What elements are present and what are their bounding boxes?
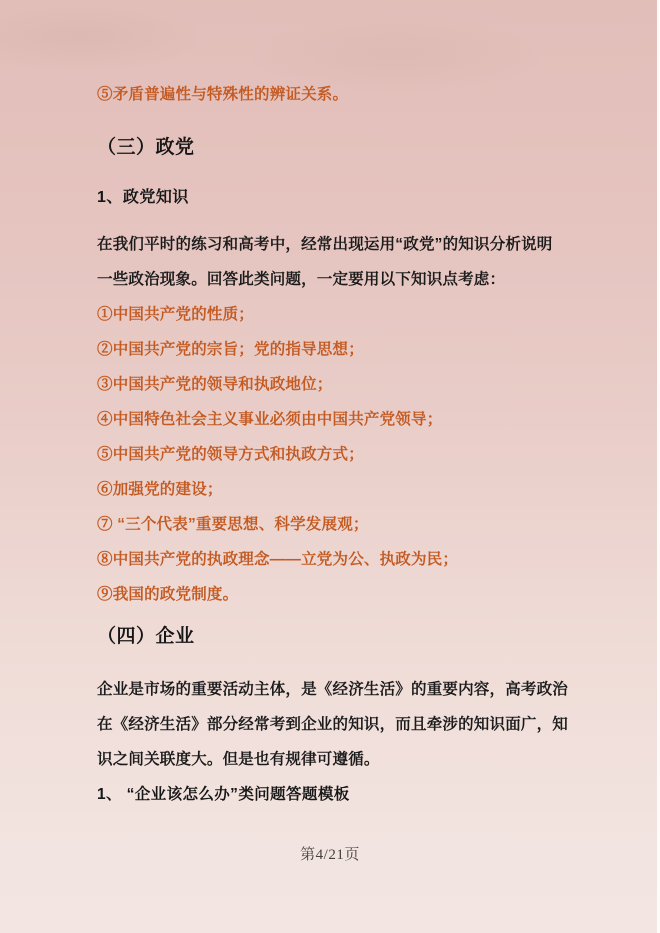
- paragraph-line: 在我们平时的练习和高考中，经常出现运用“政党”的知识分析说明: [97, 227, 577, 262]
- party-knowledge-point-list: ①中国共产党的性质； ②中国共产党的宗旨；党的指导思想； ③中国共产党的领导和执…: [97, 297, 577, 612]
- page-number: 第4/21页: [0, 843, 660, 864]
- paragraph-line: 企业是市场的重要活动主体，是《经济生活》的重要内容，高考政治: [97, 672, 577, 707]
- paragraph-line: 在《经济生活》部分经常考到企业的知识，而且牵涉的知识面广，知: [97, 707, 577, 742]
- paragraph-line: 一些政治现象。回答此类问题，一定要用以下知识点考虑：: [97, 262, 577, 297]
- document-content: ⑤矛盾普遍性与特殊性的辨证关系。 （三）政党 1、政党知识 在我们平时的练习和高…: [97, 84, 577, 812]
- knowledge-point-4: ④中国特色社会主义事业必须由中国共产党领导；: [97, 402, 577, 437]
- knowledge-point-8: ⑧中国共产党的执政理念——立党为公、执政为民；: [97, 542, 577, 577]
- knowledge-point-9: ⑨我国的政党制度。: [97, 577, 577, 612]
- subsection-heading-enterprise-template: 1、 “企业该怎么办”类问题答题模板: [97, 777, 577, 812]
- knowledge-point-6: ⑥加强党的建设；: [97, 472, 577, 507]
- knowledge-point-1: ①中国共产党的性质；: [97, 297, 577, 332]
- paragraph-line: 识之间关联度大。但是也有规律可遵循。: [97, 742, 577, 777]
- knowledge-point-5: ⑤中国共产党的领导方式和执政方式；: [97, 437, 577, 472]
- party-intro-paragraph: 在我们平时的练习和高考中，经常出现运用“政党”的知识分析说明 一些政治现象。回答…: [97, 227, 577, 297]
- section-heading-3-political-party: （三）政党: [97, 136, 577, 160]
- section-heading-4-enterprise: （四）企业: [97, 625, 577, 649]
- enterprise-intro-paragraph: 企业是市场的重要活动主体，是《经济生活》的重要内容，高考政治 在《经济生活》部分…: [97, 672, 577, 777]
- carryover-knowledge-point-5: ⑤矛盾普遍性与特殊性的辨证关系。: [97, 84, 577, 106]
- subsection-heading-party-knowledge: 1、政党知识: [97, 187, 577, 209]
- knowledge-point-3: ③中国共产党的领导和执政地位；: [97, 367, 577, 402]
- document-page: ⑤矛盾普遍性与特殊性的辨证关系。 （三）政党 1、政党知识 在我们平时的练习和高…: [0, 0, 660, 933]
- knowledge-point-7: ⑦ “三个代表”重要思想、科学发展观；: [97, 507, 577, 542]
- knowledge-point-2: ②中国共产党的宗旨；党的指导思想；: [97, 332, 577, 367]
